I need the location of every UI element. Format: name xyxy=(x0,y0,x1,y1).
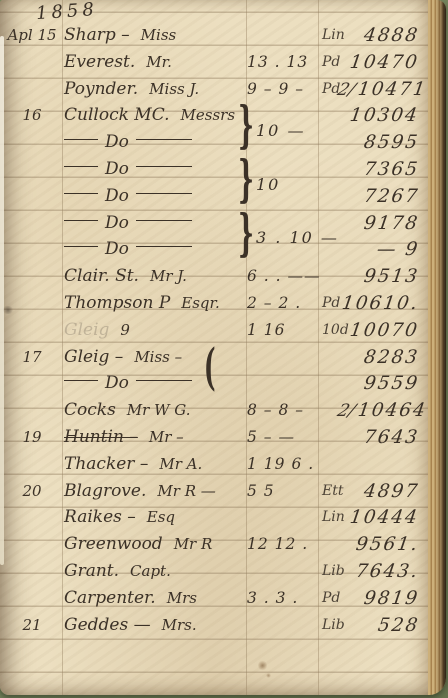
ditto-label: Do xyxy=(105,159,129,179)
row-group-amount: 10 xyxy=(256,177,280,193)
entry-reference: 10610. xyxy=(338,290,419,317)
ledger-rows: Apl 15Sharp –MissLin4888Everest.Mr.13 . … xyxy=(0,22,428,662)
entry-reference: 7267 xyxy=(338,183,419,210)
ledger-row: GreenwoodMr R12 12 .9561. xyxy=(0,531,428,558)
entry-reference: 9513 xyxy=(338,263,419,290)
entry-title: Mrs xyxy=(167,589,197,607)
entry-name: Thompson PEsqr. xyxy=(64,290,220,317)
book-binding-edge xyxy=(428,0,446,695)
entry-title: Mr J. xyxy=(150,267,187,285)
ditto-label: Do xyxy=(105,132,129,152)
entry-name: Gleig9 xyxy=(64,317,130,344)
entry-name: Geddes —Mrs. xyxy=(64,612,197,639)
entry-reference: 2/10471. xyxy=(338,76,419,104)
ledger-row: Do— 9 xyxy=(0,236,428,263)
reference-number: 8595 xyxy=(362,129,421,156)
entry-date: 20 xyxy=(4,478,60,505)
entry-name: Huntin –Mr – xyxy=(64,424,184,451)
name-text: Cullock MC. xyxy=(64,105,170,125)
entry-name: Blagrove.Mr R — xyxy=(64,478,216,505)
reference-number: 9819 xyxy=(362,585,421,612)
entry-reference: 9178 xyxy=(338,210,419,237)
entry-amount: 6 . . —— xyxy=(247,263,321,290)
reference-number: 9561. xyxy=(354,531,421,558)
ledger-row: Thacker –Mr A.1 19 6 . xyxy=(0,451,428,478)
name-text: Blagrove. xyxy=(64,481,146,501)
entry-title: Miss – xyxy=(134,348,182,366)
ditto-dash xyxy=(136,246,192,247)
entry-amount: 3 . 3 . xyxy=(247,585,321,612)
name-text: Geddes — xyxy=(64,615,151,635)
ditto-label: Do xyxy=(105,239,129,259)
ditto-dash xyxy=(136,380,192,381)
entry-date: 21 xyxy=(4,612,60,639)
ditto-dash xyxy=(64,220,98,221)
ledger-row: Raikes –EsqLin10444 xyxy=(0,504,428,531)
entry-amount: 5 5 xyxy=(247,478,321,505)
ledger-book: 1858 Apl 15Sharp –MissLin4888Everest.Mr.… xyxy=(0,0,446,695)
entry-name: Do xyxy=(64,129,199,156)
margin-smudge xyxy=(2,306,14,314)
entry-reference: 10470 xyxy=(338,49,419,76)
name-text: Thacker – xyxy=(64,454,148,474)
ditto-dash xyxy=(64,246,98,247)
ledger-row: Everest.Mr.13 . 13Pd10470 xyxy=(0,49,428,76)
entry-name: GreenwoodMr R xyxy=(64,531,212,558)
reference-number: 4888 xyxy=(362,22,421,49)
reference-number: 9559 xyxy=(362,370,421,397)
entry-reference: 9559 xyxy=(338,370,419,397)
reference-prefix: 2/ xyxy=(334,398,359,425)
entry-name: Do xyxy=(64,370,199,397)
name-text: Everest. xyxy=(64,52,135,72)
entry-name: Carpenter.Mrs xyxy=(64,585,197,612)
reference-number: — 9 xyxy=(375,236,421,263)
entry-name: Sharp –Miss xyxy=(64,22,176,49)
ink-stain xyxy=(258,660,267,671)
entry-amount: 12 12 . xyxy=(247,531,321,558)
name-text: Poynder. xyxy=(64,79,138,99)
entry-date: Apl 15 xyxy=(4,22,60,49)
entry-title: Mr – xyxy=(149,428,184,446)
row-group-amount: 3 . 10 — xyxy=(256,230,339,246)
name-text: Clair. St. xyxy=(64,266,139,286)
entry-title: Messrs xyxy=(181,106,236,124)
ditto-dash xyxy=(64,380,98,381)
year-heading: 1858 xyxy=(35,0,98,24)
entry-reference: — 9 xyxy=(338,236,419,263)
entry-amount: 1 16 xyxy=(247,317,321,344)
ditto-dash xyxy=(136,220,192,221)
entry-name: CocksMr W G. xyxy=(64,397,191,424)
entry-reference: 9819 xyxy=(338,585,419,612)
entry-name: Cullock MC.Messrs xyxy=(64,102,235,129)
reference-number: 528 xyxy=(376,612,421,639)
entry-name: Raikes –Esq xyxy=(64,504,175,531)
entry-title: Mr W G. xyxy=(127,401,191,419)
entry-reference: 9561. xyxy=(338,531,419,558)
entry-reference: 8283 xyxy=(338,344,419,371)
ditto-dash xyxy=(64,166,98,167)
ditto-label: Do xyxy=(105,373,129,393)
entry-amount: 8 – 8 – xyxy=(247,397,321,424)
ledger-scan: 1858 Apl 15Sharp –MissLin4888Everest.Mr.… xyxy=(0,0,448,698)
ditto-dash xyxy=(136,166,192,167)
ledger-row: Grant.Capt.Lib7643. xyxy=(0,558,428,585)
entry-reference: 10444 xyxy=(338,504,419,531)
name-text: Carpenter. xyxy=(64,588,156,608)
entry-amount: 13 . 13 xyxy=(247,49,321,76)
entry-date: 16 xyxy=(4,102,60,129)
entry-title: Mr R xyxy=(174,535,213,553)
entry-name: Poynder.Miss J. xyxy=(64,76,199,103)
entry-name: Do xyxy=(64,156,199,183)
entry-amount: 2 – 2 . xyxy=(247,290,321,317)
entry-reference: 8595 xyxy=(338,129,419,156)
reference-number: 10470 xyxy=(348,49,421,76)
entry-title: Miss xyxy=(141,26,177,44)
entry-name: Do xyxy=(64,236,199,263)
entry-reference: 4888 xyxy=(338,22,419,49)
entry-title: Mr R — xyxy=(157,482,215,500)
reference-number: 8283 xyxy=(362,344,421,371)
ditto-label: Do xyxy=(105,186,129,206)
reference-number: 4897 xyxy=(362,478,421,505)
name-text: Sharp – xyxy=(64,25,130,45)
ditto-dash xyxy=(64,139,98,140)
entry-reference: 7365 xyxy=(338,156,419,183)
name-text: Gleig xyxy=(64,320,109,340)
reference-number: 9178 xyxy=(362,210,421,237)
entry-date: 19 xyxy=(4,424,60,451)
entry-title: Capt. xyxy=(130,562,171,580)
ledger-row: 20Blagrove.Mr R —5 5Ett4897 xyxy=(0,478,428,505)
entry-reference: 7643 xyxy=(338,424,419,451)
name-text: Thompson P xyxy=(64,293,170,313)
name-text: Greenwood xyxy=(64,534,163,554)
entry-name: Thacker –Mr A. xyxy=(64,451,202,478)
name-text: Huntin – xyxy=(64,427,138,447)
ink-stain xyxy=(266,673,271,678)
reference-number: 7643 xyxy=(362,424,421,451)
entry-name: Everest.Mr. xyxy=(64,49,172,76)
ditto-dash xyxy=(64,193,98,194)
ledger-row: Do7365 xyxy=(0,156,428,183)
ditto-dash xyxy=(136,193,192,194)
entry-reference: 4897 xyxy=(338,478,419,505)
ledger-row: Do7267 xyxy=(0,183,428,210)
entry-title: Mr. xyxy=(146,53,172,71)
ledger-row: Do9178 xyxy=(0,210,428,237)
reference-number: 9513 xyxy=(362,263,421,290)
entry-amount: 9 – 9 – xyxy=(247,76,321,103)
ditto-label: Do xyxy=(105,213,129,233)
entry-reference: 528 xyxy=(338,612,419,639)
name-text: Cocks xyxy=(64,400,116,420)
row-group-brace: } xyxy=(238,104,254,147)
entry-reference: 7643. xyxy=(338,558,419,585)
entry-title: Esqr. xyxy=(181,294,220,312)
entry-title: Mrs. xyxy=(162,616,197,634)
name-text: Grant. xyxy=(64,561,119,581)
entry-name: Do xyxy=(64,210,199,237)
reference-number: 7643. xyxy=(354,558,421,585)
entry-name: Gleig –Miss – xyxy=(64,344,182,371)
ledger-row: Apl 15Sharp –MissLin4888 xyxy=(0,22,428,49)
entry-name: Grant.Capt. xyxy=(64,558,171,585)
entry-title: 9 xyxy=(120,321,130,339)
ledger-row: Carpenter.Mrs3 . 3 .Pd9819 xyxy=(0,585,428,612)
row-group-amount: 10 — xyxy=(256,123,305,139)
entry-title: Miss J. xyxy=(149,80,199,98)
entry-reference: 2/10464 xyxy=(338,397,419,425)
ledger-row: Poynder.Miss J.9 – 9 –Pd2/10471. xyxy=(0,76,428,103)
reference-number: 10471. xyxy=(356,76,437,103)
reference-number: 10070 xyxy=(348,317,421,344)
reference-prefix: 2/ xyxy=(334,77,359,104)
reference-number: 10610. xyxy=(340,290,421,317)
reference-number: 7365 xyxy=(362,156,421,183)
reference-number: 10464 xyxy=(356,397,429,424)
entry-reference: 10304 xyxy=(338,102,419,129)
entry-name: Clair. St.Mr J. xyxy=(64,263,187,290)
entry-amount: 5 – — xyxy=(247,424,321,451)
ledger-page: 1858 Apl 15Sharp –MissLin4888Everest.Mr.… xyxy=(0,0,428,695)
ledger-row: 21Geddes —Mrs.Lib528 xyxy=(0,612,428,639)
entry-title: Mr A. xyxy=(159,455,202,473)
reference-number: 10444 xyxy=(348,504,421,531)
ledger-row: 16Cullock MC.Messrs10304 xyxy=(0,102,428,129)
entry-title: Esq xyxy=(147,508,175,526)
row-group-brace: } xyxy=(238,212,254,255)
entry-amount: 1 19 6 . xyxy=(247,451,321,478)
name-text: Raikes – xyxy=(64,507,136,527)
entry-date: 17 xyxy=(4,344,60,371)
reference-number: 7267 xyxy=(362,183,421,210)
entry-name: Do xyxy=(64,183,199,210)
name-text: Gleig – xyxy=(64,347,123,367)
entry-reference: 10070 xyxy=(338,317,419,344)
ledger-row: Clair. St.Mr J.6 . . ——9513 xyxy=(0,263,428,290)
ledger-row: Thompson PEsqr.2 – 2 .Pd10610. xyxy=(0,290,428,317)
reference-number: 10304 xyxy=(348,102,421,129)
ledger-row: CocksMr W G.8 – 8 –2/10464 xyxy=(0,397,428,424)
ledger-row: 19Huntin –Mr –5 – —7643 xyxy=(0,424,428,451)
ditto-dash xyxy=(136,139,192,140)
row-group-brace: ( xyxy=(204,346,216,389)
row-group-brace: } xyxy=(238,158,254,201)
ledger-row: Do8595 xyxy=(0,129,428,156)
